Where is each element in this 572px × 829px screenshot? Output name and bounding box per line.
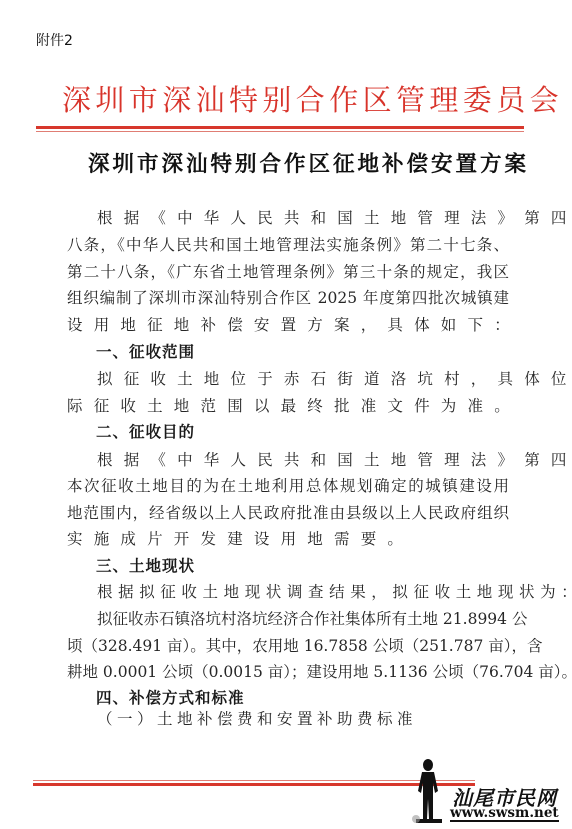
- body-line: 实施成片开发建设用地需要。: [67, 529, 509, 549]
- body-line: 八条，《中华人民共和国土地管理法实施条例》第二十七条、: [67, 235, 509, 255]
- body-line: 地范围内，经省级以上人民政府批准由县级以上人民政府组织: [67, 503, 509, 523]
- body-line: 本次征收土地目的为在土地利用总体规划确定的城镇建设用: [67, 476, 509, 496]
- body-line: 际征收土地范围以最终批准文件为准。: [67, 396, 509, 416]
- header-rule-thick: [36, 126, 524, 129]
- watermark-url: www.swsm.net: [450, 806, 559, 822]
- body-line: 拟征收土地位于赤石街道洛坑村，具体位置详见附图。实: [97, 369, 509, 389]
- attachment-label: 附件2: [36, 30, 73, 50]
- body-line: 顷（328.491 亩）。其中，农用地 16.7858 公顷（251.787 亩…: [67, 636, 509, 656]
- body-line: （一）土地补偿费和安置补助费标准: [97, 709, 377, 729]
- section-heading-status: 三、土地现状: [96, 556, 195, 576]
- body-line: 根据《中华人民共和国土地管理法》第四十七条、第四十: [97, 208, 509, 228]
- header-rule-thin: [36, 131, 524, 132]
- section-heading-scope: 一、征收范围: [96, 342, 195, 362]
- org-header: 深圳市深汕特别合作区管理委员会: [62, 84, 498, 116]
- document-title: 深圳市深汕特别合作区征地补偿安置方案: [88, 152, 488, 178]
- body-line: 拟征收赤石镇洛坑村洛坑经济合作社集体所有土地 21.8994 公: [97, 609, 509, 629]
- body-line: 组织编制了深圳市深汕特别合作区 2025 年度第四批次城镇建: [67, 288, 509, 308]
- section-heading-purpose: 二、征收目的: [96, 422, 195, 442]
- body-line: 第二十八条，《广东省土地管理条例》第三十条的规定，我区: [67, 262, 509, 282]
- body-line: 根据拟征收土地现状调查结果，拟征收土地现状为：: [97, 582, 509, 602]
- body-line: 设用地征地补偿安置方案，具体如下：: [67, 315, 509, 335]
- body-line: 耕地 0.0001 公顷（0.0015 亩）；建设用地 5.1136 公顷（76…: [67, 662, 509, 682]
- body-line: 根据《中华人民共和国土地管理法》第四十五条的规定，: [97, 450, 509, 470]
- section-heading-compensation: 四、补偿方式和标准: [96, 688, 245, 708]
